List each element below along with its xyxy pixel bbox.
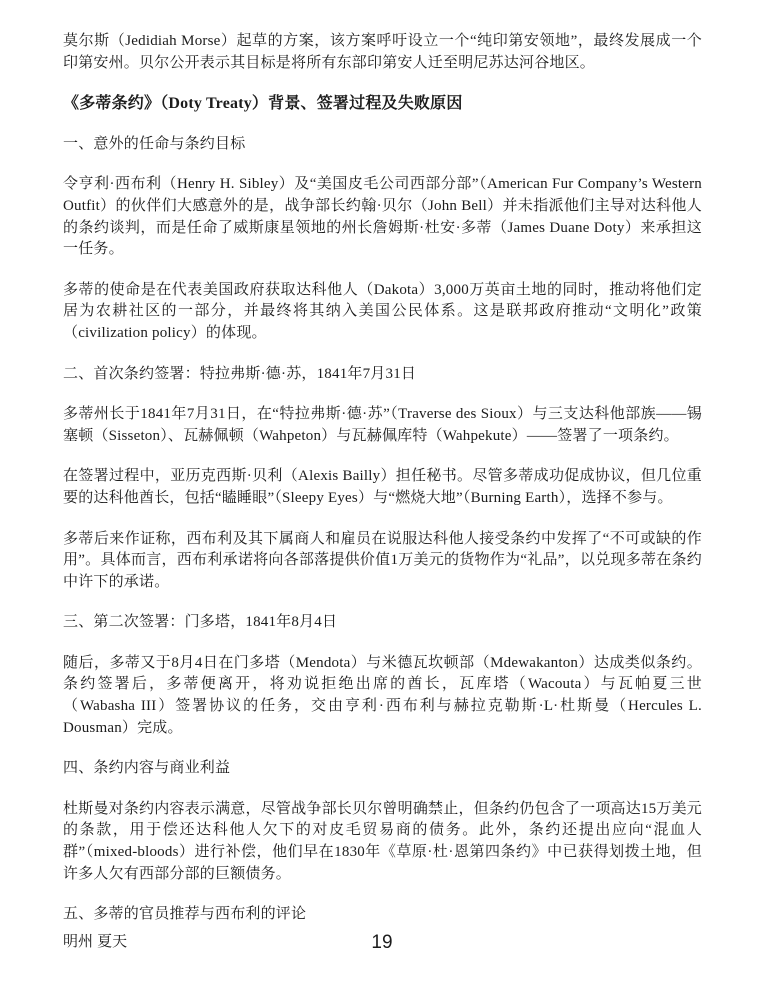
paragraph: 令亨利·西布利（Henry H. Sibley）及“美国皮毛公司西部分部”（Am… (63, 174, 702, 260)
section-heading-4: 四、条约内容与商业利益 (63, 758, 702, 780)
paragraph: 随后，多蒂又于8月4日在门多塔（Mendota）与米德瓦坎顿部（Mdewakan… (63, 653, 702, 739)
section-heading-1: 一、意外的任命与条约目标 (63, 134, 702, 156)
section-heading-2: 二、首次条约签署：特拉弗斯·德·苏，1841年7月31日 (63, 364, 702, 386)
paragraph: 多蒂州长于1841年7月31日，在“特拉弗斯·德·苏”（Traverse des… (63, 404, 702, 447)
section-heading-5: 五、多蒂的官员推荐与西布利的评论 (63, 904, 702, 926)
section-heading-3: 三、第二次签署：门多塔，1841年8月4日 (63, 612, 702, 634)
document-body: 莫尔斯（Jedidiah Morse）起草的方案，该方案呼吁设立一个“纯印第安领… (63, 31, 702, 945)
paragraph: 多蒂后来作证称，西布利及其下属商人和雇员在说服达科他人接受条约中发挥了“不可或缺… (63, 529, 702, 594)
paragraph: 莫尔斯（Jedidiah Morse）起草的方案，该方案呼吁设立一个“纯印第安领… (63, 31, 702, 74)
paragraph: 杜斯曼对条约内容表示满意，尽管战争部长贝尔曾明确禁止，但条约仍包含了一项高达15… (63, 799, 702, 885)
page-number: 19 (0, 932, 764, 954)
paragraph: 在签署过程中，亚历克西斯·贝利（Alexis Bailly）担任秘书。尽管多蒂成… (63, 466, 702, 509)
document-title: 《多蒂条约》（Doty Treaty）背景、签署过程及失败原因 (63, 93, 702, 115)
document-page: 莫尔斯（Jedidiah Morse）起草的方案，该方案呼吁设立一个“纯印第安领… (0, 0, 764, 1000)
paragraph: 多蒂的使命是在代表美国政府获取达科他人（Dakota）3,000万英亩土地的同时… (63, 280, 702, 345)
